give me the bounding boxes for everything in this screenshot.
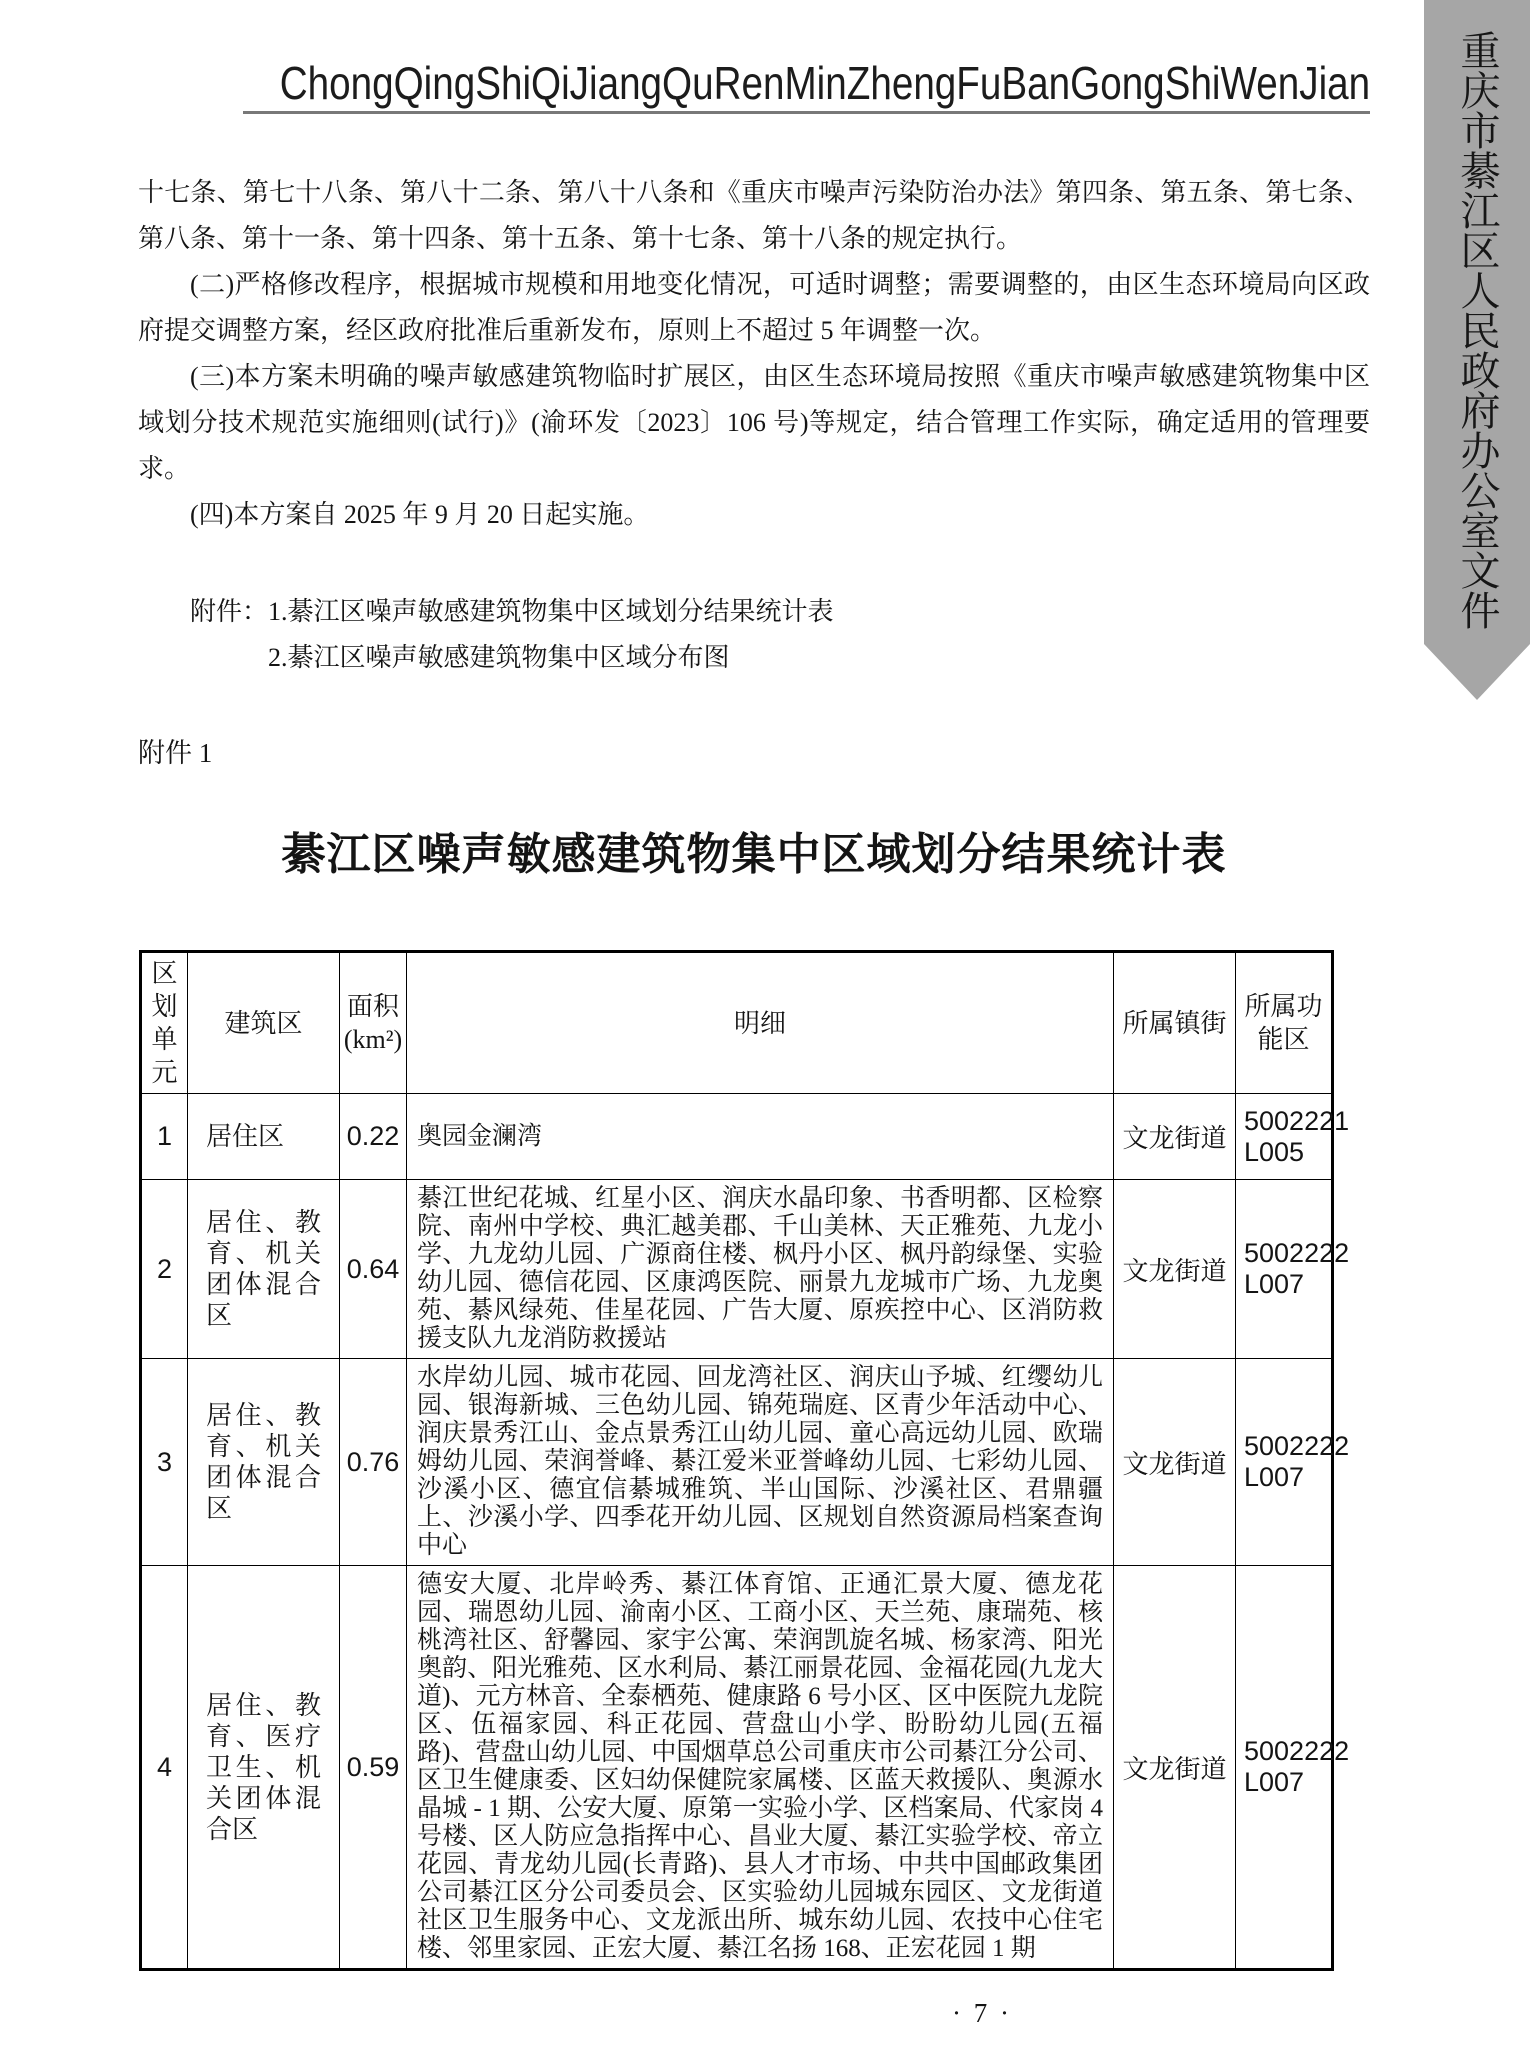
attachments-block: 附件：1.綦江区噪声敏感建筑物集中区域划分结果统计表 2.綦江区噪声敏感建筑物集… [138,589,1370,681]
area-cell: 0.22 [340,1094,407,1180]
detail-cell: 奥园金澜湾 [407,1094,1114,1180]
side-banner: 重庆市綦江区人民政府办公室文件 [1424,0,1530,700]
column-header-detail: 明细 [407,952,1114,1094]
paragraph-continuation: 十七条、第七十八条、第八十二条、第八十八条和《重庆市噪声污染防治办法》第四条、第… [138,170,1370,262]
unit-cell: 1 [141,1094,188,1180]
area-cell: 0.64 [340,1180,407,1359]
paragraph-item-4: (四)本方案自 2025 年 9 月 20 日起实施。 [138,492,1370,538]
attachment-line-1: 附件：1.綦江区噪声敏感建筑物集中区域划分结果统计表 [138,589,1370,635]
unit-cell: 2 [141,1180,188,1359]
column-header-unit: 区划 单元 [141,952,188,1094]
area-cell: 0.59 [340,1566,407,1970]
column-header-zone: 所属功 能区 [1236,952,1333,1094]
zone-cell: 5002221 L005 [1236,1094,1333,1180]
attachment-line-2: 2.綦江区噪声敏感建筑物集中区域分布图 [138,635,1370,681]
results-table: 区划 单元 建筑区 面积 (km²) 明细 所属镇街 所属功 能区 1 居住区 … [139,950,1334,1971]
table-row: 1 居住区 0.22 奥园金澜湾 文龙街道 5002221 L005 [141,1094,1333,1180]
area-cell: 0.76 [340,1359,407,1566]
table-title: 綦江区噪声敏感建筑物集中区域划分结果统计表 [138,818,1370,882]
zone-cell: 5002222 L007 [1236,1566,1333,1970]
detail-cell: 水岸幼儿园、城市花园、回龙湾社区、润庆山予城、红缨幼儿园、银海新城、三色幼儿园、… [407,1359,1114,1566]
masthead-rule [243,111,1370,114]
zone-cell: 5002222 L007 [1236,1180,1333,1359]
town-cell: 文龙街道 [1114,1566,1236,1970]
type-cell: 居住、教育、机关团体混合区 [188,1180,340,1359]
town-cell: 文龙街道 [1114,1359,1236,1566]
detail-cell: 綦江世纪花城、红星小区、润庆水晶印象、书香明都、区检察院、南州中学校、典汇越美郡… [407,1180,1114,1359]
column-header-town: 所属镇街 [1114,952,1236,1094]
masthead-pinyin: ChongQingShiQiJiangQuRenMinZhengFuBanGon… [280,56,1370,110]
town-cell: 文龙街道 [1114,1180,1236,1359]
type-cell: 居住区 [188,1094,340,1180]
page-number: · 7 · [952,1998,1012,2029]
paragraph-item-2: (二)严格修改程序，根据城市规模和用地变化情况，可适时调整；需要调整的，由区生态… [138,262,1370,354]
paragraph-item-3: (三)本方案未明确的噪声敏感建筑物临时扩展区，由区生态环境局按照《重庆市噪声敏感… [138,354,1370,492]
unit-cell: 3 [141,1359,188,1566]
side-banner-text: 重庆市綦江区人民政府办公室文件 [1424,0,1530,700]
table-row: 2 居住、教育、机关团体混合区 0.64 綦江世纪花城、红星小区、润庆水晶印象、… [141,1180,1333,1359]
document-page: 重庆市綦江区人民政府办公室文件 ChongQingShiQiJiangQuRen… [0,0,1530,2062]
column-header-area: 面积 (km²) [340,952,407,1094]
table-row: 4 居住、教育、医疗卫生、机关团体混合区 0.59 德安大厦、北岸岭秀、綦江体育… [141,1566,1333,1970]
zone-cell: 5002222 L007 [1236,1359,1333,1566]
column-header-type: 建筑区 [188,952,340,1094]
annex-label: 附件 1 [138,731,212,770]
detail-cell: 德安大厦、北岸岭秀、綦江体育馆、正通汇景大厦、德龙花园、瑞恩幼儿园、渝南小区、工… [407,1566,1114,1970]
town-cell: 文龙街道 [1114,1094,1236,1180]
type-cell: 居住、教育、机关团体混合区 [188,1359,340,1566]
table-header-row: 区划 单元 建筑区 面积 (km²) 明细 所属镇街 所属功 能区 [141,952,1333,1094]
table-row: 3 居住、教育、机关团体混合区 0.76 水岸幼儿园、城市花园、回龙湾社区、润庆… [141,1359,1333,1566]
type-cell: 居住、教育、医疗卫生、机关团体混合区 [188,1566,340,1970]
unit-cell: 4 [141,1566,188,1970]
document-body: 十七条、第七十八条、第八十二条、第八十八条和《重庆市噪声污染防治办法》第四条、第… [138,170,1370,538]
